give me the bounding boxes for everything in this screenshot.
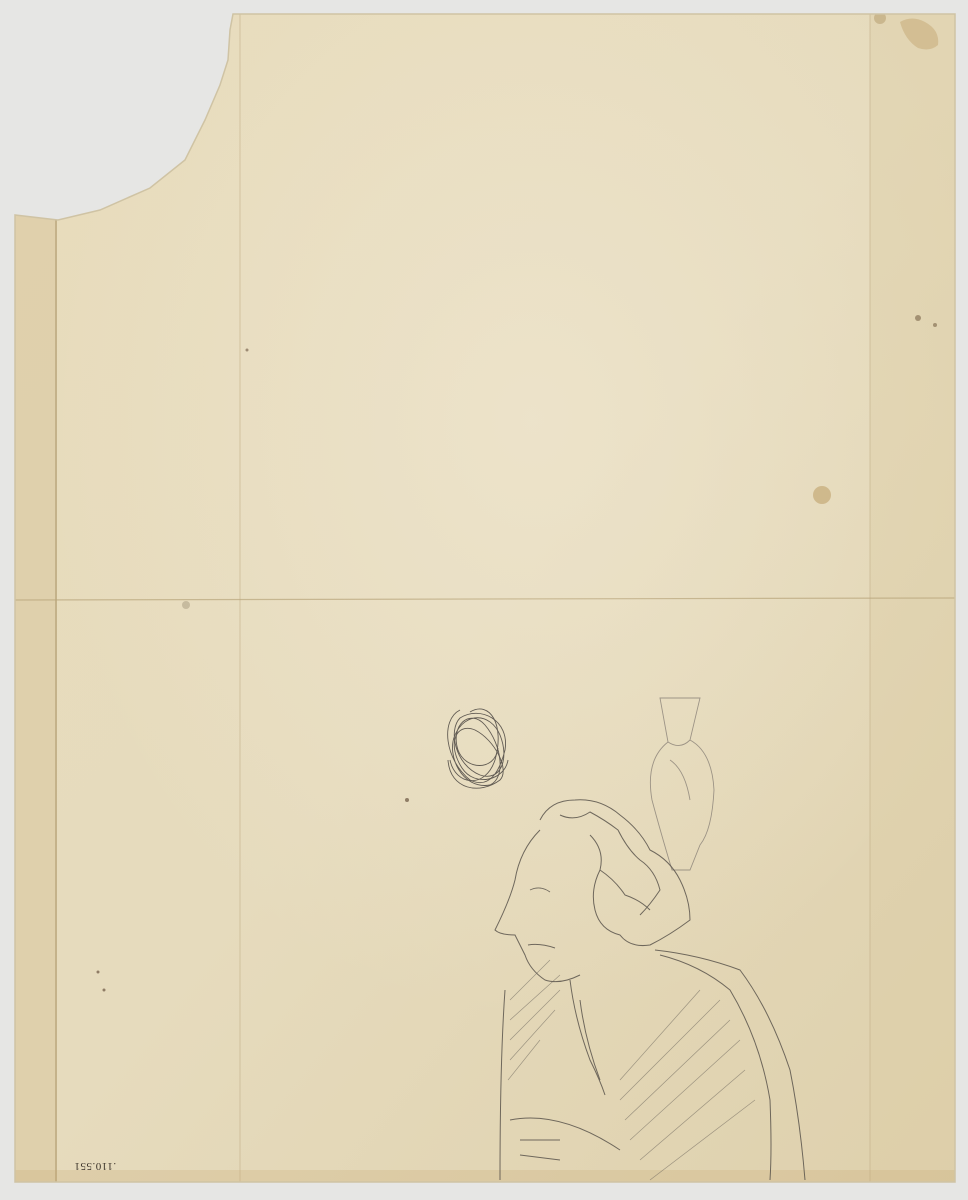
artwork-paper-sheet — [0, 0, 968, 1200]
paper — [0, 0, 968, 1200]
inventory-number: .110.551 — [74, 1160, 116, 1172]
